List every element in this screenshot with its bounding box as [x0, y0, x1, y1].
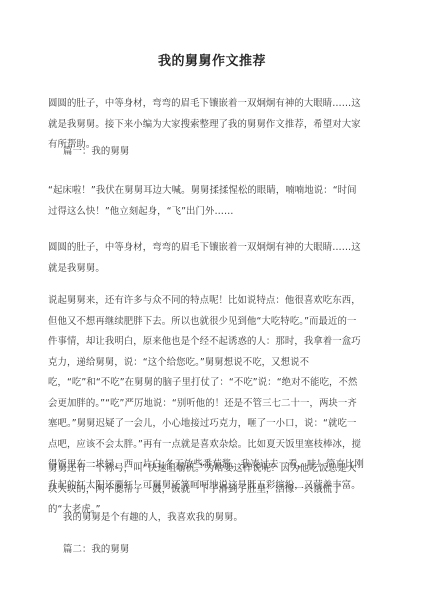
section-heading-2: 篇二：我的舅舅	[63, 540, 379, 561]
document-title: 我的舅舅作文推荐	[0, 50, 424, 69]
paragraph: “起床啦！”我伏在舅舅耳边大喊。舅舅揉揉惺松的眼睛，喃喃地说：“时间过得这么快！…	[48, 181, 364, 222]
paragraph: 圆圆的肚子，中等身材，弯弯的眉毛下镶嵌着一双炯炯有神的大眼睛……这就是我舅舅。	[48, 238, 364, 279]
section-heading-1: 篇一：我的舅舅	[63, 142, 379, 163]
paragraph: 我的舅舅是个有趣的人，我喜欢我的舅舅。	[63, 508, 379, 529]
